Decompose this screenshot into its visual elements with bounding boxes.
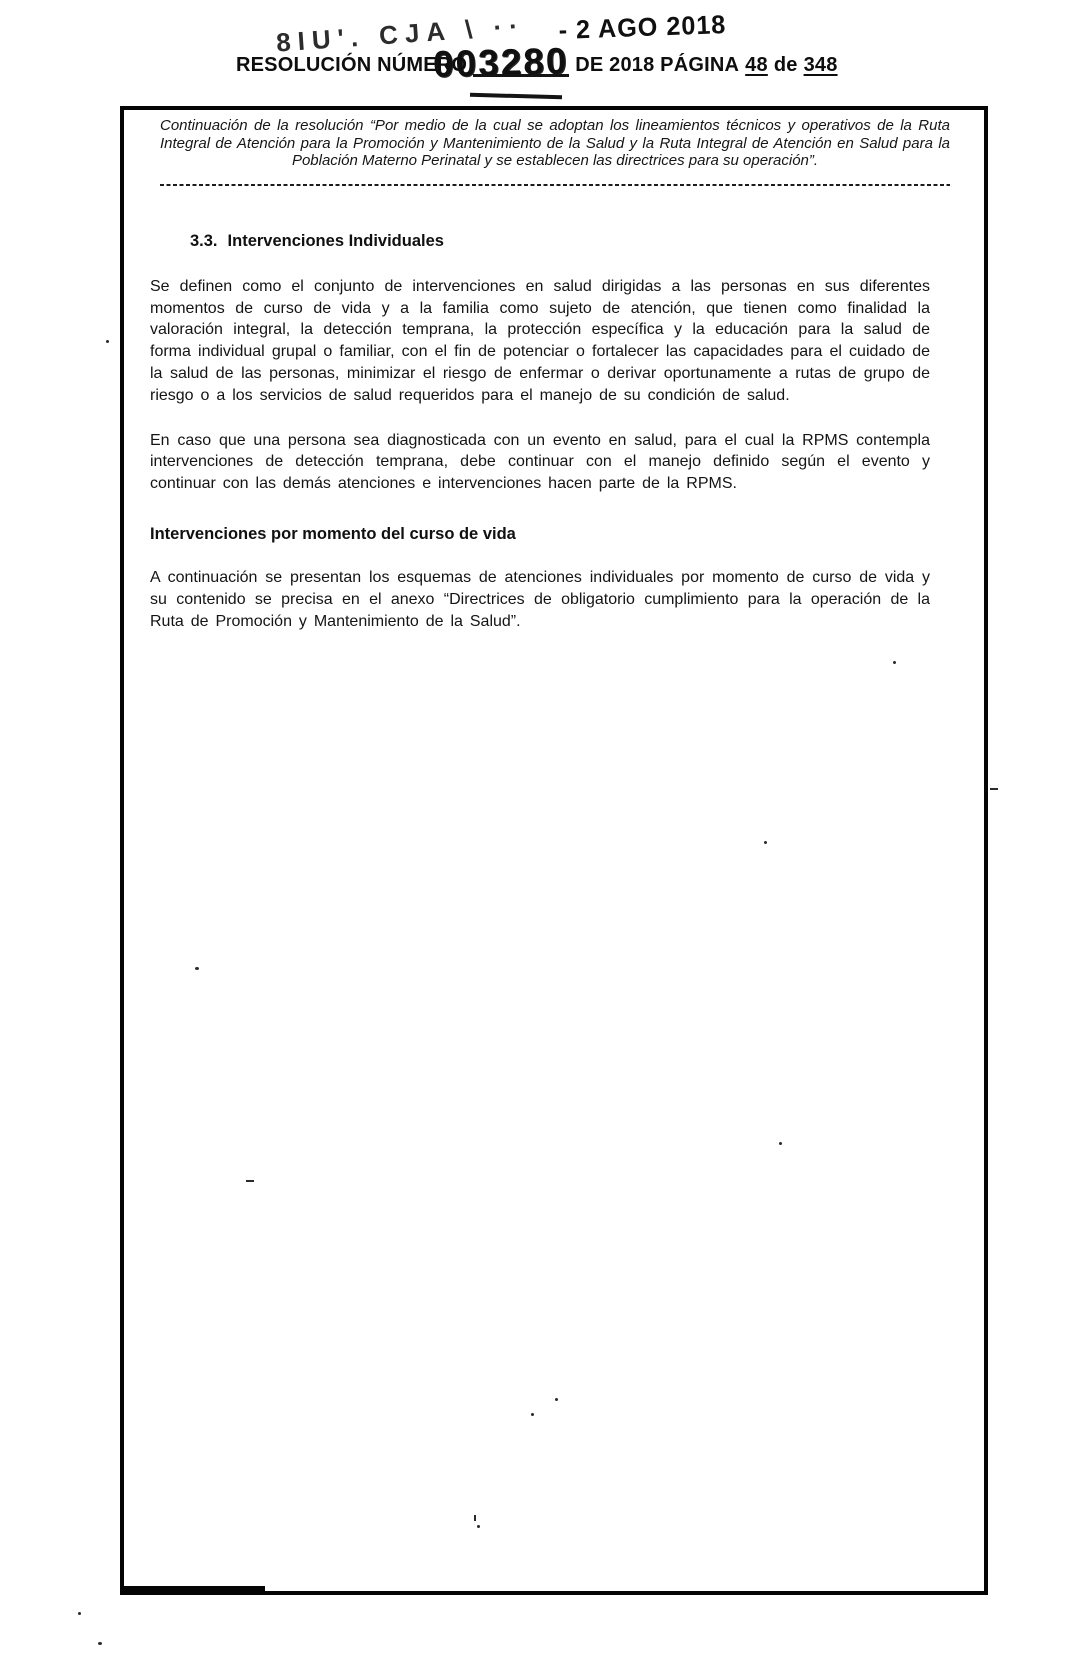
page-number-current: 48 xyxy=(745,54,768,77)
scan-speck xyxy=(78,1612,81,1615)
page-number-total: 348 xyxy=(804,54,838,77)
scan-speck xyxy=(98,1642,102,1645)
header-title-middle: DE 2018 PÁGINA xyxy=(575,54,739,77)
scan-speck xyxy=(246,1180,254,1182)
header-title-prefix: RESOLUCIÓN NÚMERO xyxy=(236,54,467,77)
dashed-separator xyxy=(160,184,950,186)
scan-speck xyxy=(531,1413,534,1416)
subsection-heading: Intervenciones por momento del curso de … xyxy=(150,525,930,544)
document-page: 8IU'. CJA \ ·· 003280 - 2 AGO 2018 RESOL… xyxy=(0,0,1080,1657)
scan-speck xyxy=(195,967,199,970)
date-received-stamp: - 2 AGO 2018 xyxy=(558,9,727,46)
section-title: Intervenciones Individuales xyxy=(228,232,444,250)
scan-speck xyxy=(893,661,896,664)
number-blank-line xyxy=(473,54,569,77)
stamp-smudge-mark xyxy=(470,93,562,99)
scan-speck xyxy=(764,841,767,844)
scan-speck xyxy=(555,1398,558,1401)
paragraph-annex-reference: A continuación se presentan los esquemas… xyxy=(150,567,930,632)
resolution-header: RESOLUCIÓN NÚMERO DE 2018 PÁGINA 48 de 3… xyxy=(236,54,838,77)
paragraph-diagnosis-case: En caso que una persona sea diagnosticad… xyxy=(150,430,930,495)
document-content: 3.3.Intervenciones Individuales Se defin… xyxy=(150,232,930,633)
scan-speck xyxy=(990,788,998,790)
section-number: 3.3. xyxy=(190,232,218,250)
page-separator: de xyxy=(774,54,798,77)
scan-speck xyxy=(779,1142,782,1145)
scan-speck xyxy=(477,1525,480,1528)
paragraph-definition: Se definen como el conjunto de intervenc… xyxy=(150,276,930,407)
border-thick-segment xyxy=(123,1586,265,1593)
document-border-box: Continuación de la resolución “Por medio… xyxy=(120,106,988,1595)
section-heading: 3.3.Intervenciones Individuales xyxy=(190,232,930,251)
scan-speck xyxy=(106,340,109,343)
scan-speck xyxy=(474,1515,476,1521)
resolution-continuation-note: Continuación de la resolución “Por medio… xyxy=(160,117,950,170)
